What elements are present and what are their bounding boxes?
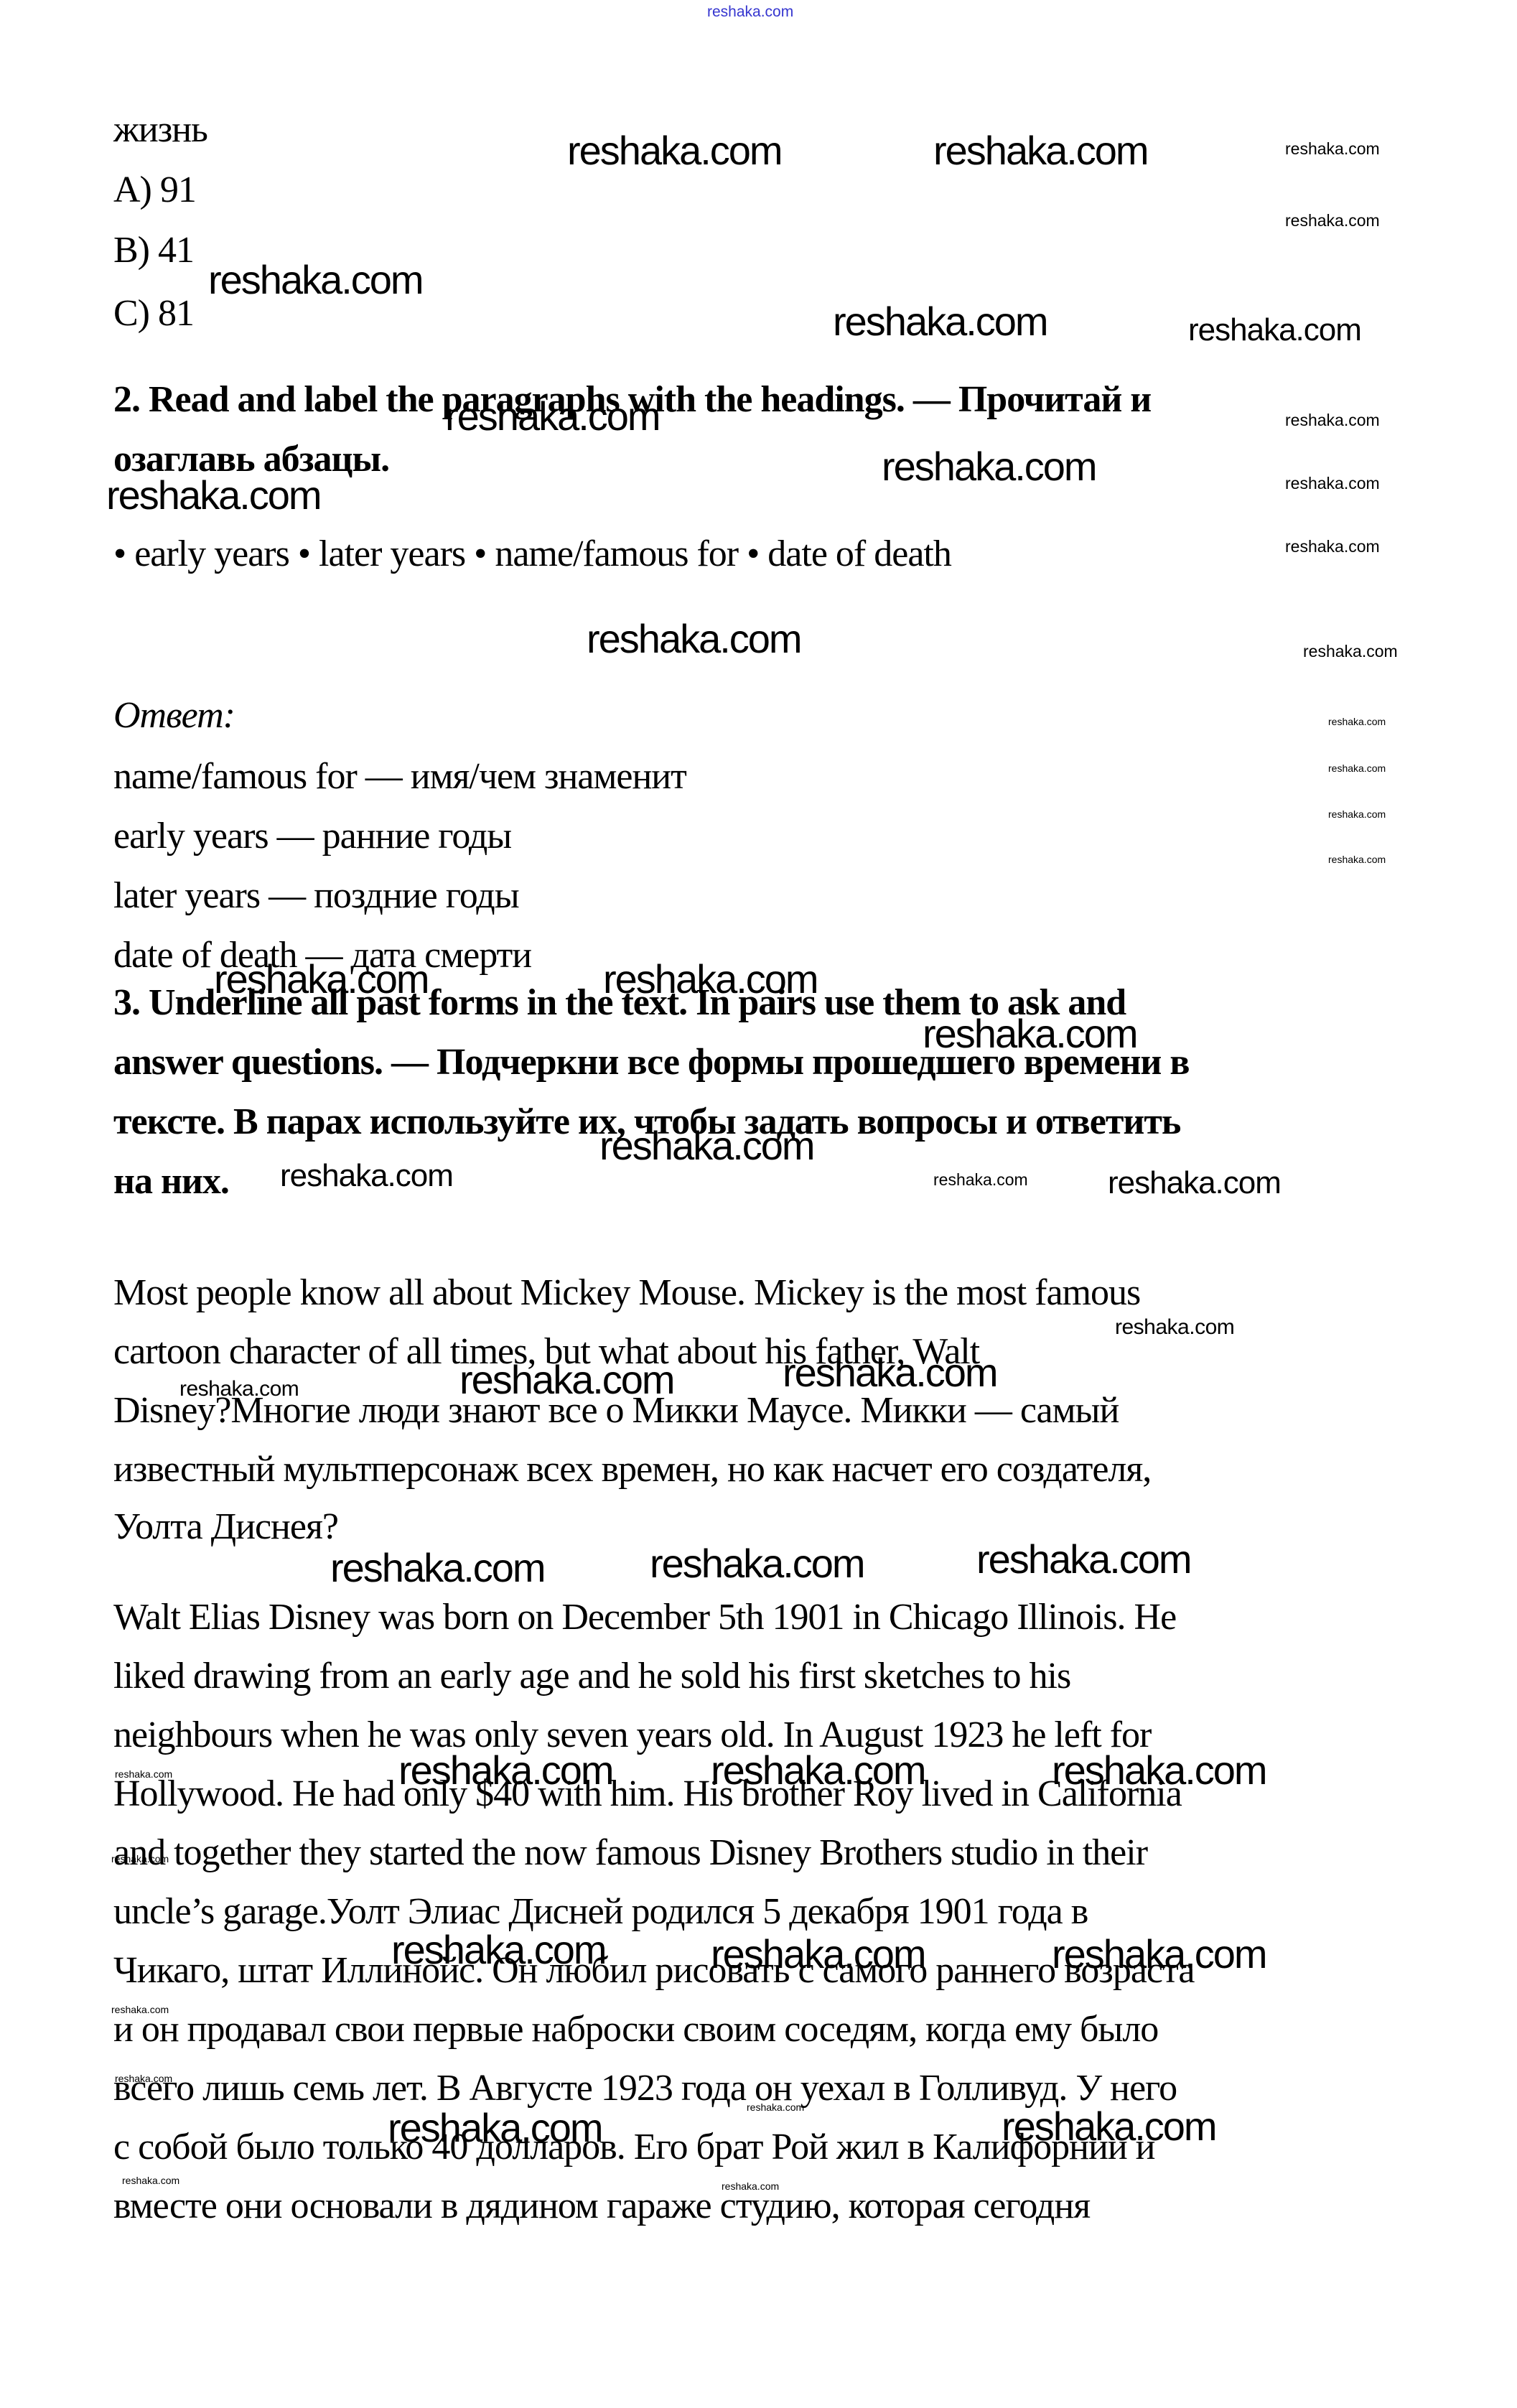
site-watermark: reshaka.com (1303, 643, 1398, 660)
site-watermark: reshaka.com (599, 1126, 814, 1166)
task2-headings-options: • early years • later years • name/famou… (113, 531, 951, 577)
site-watermark: reshaka.com (111, 2005, 169, 2015)
site-watermark: reshaka.com (711, 1934, 925, 1974)
task2-answer-line: early years — ранние годы (113, 813, 511, 859)
site-watermark: reshaka.com (115, 1769, 172, 1779)
site-watermark: reshaka.com (208, 260, 423, 300)
passage1-line: Уолта Диснея? (113, 1503, 338, 1550)
answer-carryover-word: жизнь (113, 106, 207, 153)
passage2-line: Hollywood. He had only $40 with him. His… (113, 1770, 1182, 1817)
task2-answer-line: later years — поздние годы (113, 872, 519, 919)
site-watermark: reshaka.com (1052, 1750, 1266, 1791)
site-watermark: reshaka.com (1328, 809, 1386, 819)
site-watermark: reshaka.com (1285, 538, 1380, 555)
site-watermark: reshaka.com (1052, 1934, 1266, 1974)
site-watermark: reshaka.com (1328, 717, 1386, 727)
site-watermark: reshaka.com (1002, 2106, 1216, 2147)
task2-answer-line: name/famous for — имя/чем знаменит (113, 753, 686, 800)
site-watermark: reshaka.com (1328, 763, 1386, 773)
task3-heading-line4: на них. (113, 1158, 229, 1205)
site-watermark: reshaka.com (459, 1360, 674, 1400)
site-watermark: reshaka.com (711, 1750, 925, 1791)
site-watermark: reshaka.com (747, 2102, 804, 2112)
passage1-line: известный мультперсонаж всех времен, но … (113, 1446, 1151, 1493)
site-watermark-blue: reshaka.com (707, 4, 793, 19)
passage2-line: liked drawing from an early age and he s… (113, 1653, 1070, 1699)
site-watermark: reshaka.com (106, 475, 321, 515)
site-watermark: reshaka.com (933, 1172, 1028, 1188)
site-watermark: reshaka.com (1115, 1317, 1234, 1338)
passage2-line: neighbours when he was only seven years … (113, 1712, 1151, 1758)
site-watermark: reshaka.com (923, 1014, 1137, 1054)
answer-option-c: C) 81 (113, 290, 194, 337)
site-watermark: reshaka.com (587, 619, 801, 659)
site-watermark: reshaka.com (388, 2108, 602, 2148)
site-watermark: reshaka.com (1188, 314, 1361, 346)
answer-option-a: A) 91 (113, 167, 196, 213)
site-watermark: reshaka.com (783, 1353, 997, 1393)
site-watermark: reshaka.com (391, 1930, 606, 1970)
site-watermark: reshaka.com (111, 1854, 169, 1864)
site-watermark: reshaka.com (1285, 213, 1380, 229)
answer-label: Ответ: (113, 692, 235, 739)
passage2-line: Чикаго, штат Иллинойс. Он любил рисовать… (113, 1947, 1194, 1994)
site-watermark: reshaka.com (722, 2181, 779, 2191)
site-watermark: reshaka.com (976, 1539, 1191, 1579)
site-watermark: reshaka.com (1285, 141, 1380, 157)
site-watermark: reshaka.com (833, 302, 1047, 342)
passage2-line: с собой было только 40 долларов. Его бра… (113, 2124, 1154, 2170)
site-watermark: reshaka.com (280, 1160, 453, 1192)
site-watermark: reshaka.com (330, 1548, 545, 1588)
site-watermark: reshaka.com (122, 2175, 179, 2185)
site-watermark: reshaka.com (179, 1378, 299, 1400)
passage1-line: Most people know all about Mickey Mouse.… (113, 1269, 1140, 1316)
site-watermark: reshaka.com (567, 131, 782, 171)
site-watermark: reshaka.com (115, 2073, 172, 2083)
passage2-line: and together they started the now famous… (113, 1829, 1147, 1876)
site-watermark: reshaka.com (1108, 1167, 1281, 1199)
site-watermark: reshaka.com (1328, 854, 1386, 864)
passage2-line: Walt Elias Disney was born on December 5… (113, 1594, 1176, 1641)
answer-option-b: B) 41 (113, 227, 194, 274)
passage2-line: вместе они основали в дядином гараже сту… (113, 2183, 1090, 2229)
site-watermark: reshaka.com (882, 447, 1096, 487)
site-watermark: reshaka.com (398, 1750, 613, 1791)
site-watermark: reshaka.com (1285, 412, 1380, 429)
site-watermark: reshaka.com (1285, 475, 1380, 492)
site-watermark: reshaka.com (603, 959, 818, 999)
site-watermark: reshaka.com (650, 1544, 864, 1584)
site-watermark: reshaka.com (445, 396, 660, 437)
worksheet-page: reshaka.com жизнь A) 91 B) 41 C) 81 2. R… (0, 0, 1517, 2408)
passage2-line: и он продавал свои первые наброски своим… (113, 2006, 1158, 2053)
site-watermark: reshaka.com (933, 131, 1148, 171)
site-watermark: reshaka.com (214, 959, 429, 999)
